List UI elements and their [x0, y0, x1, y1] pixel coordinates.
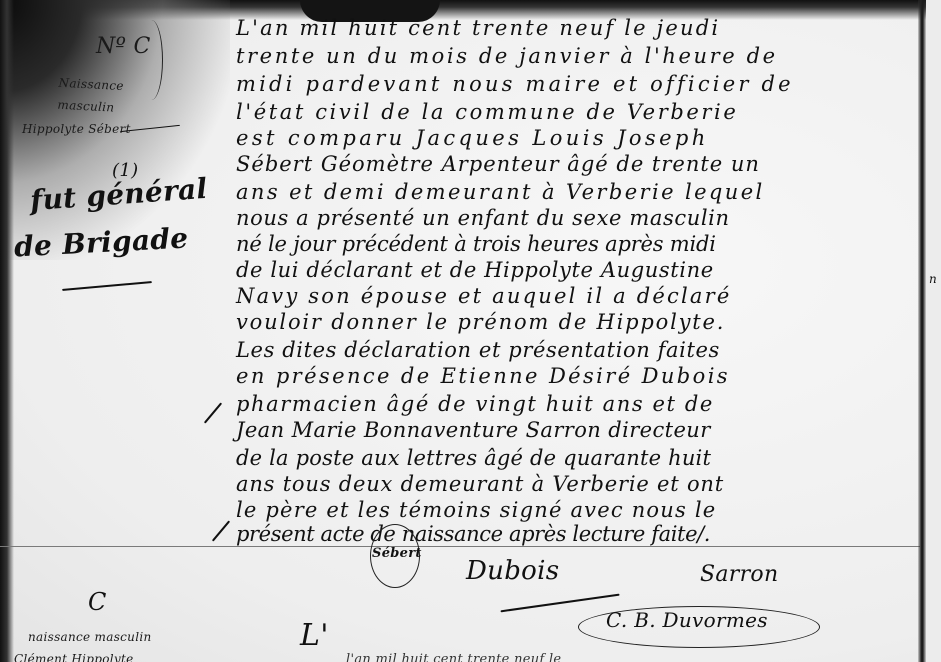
body-line-13: Les dites déclaration et présentation fa… — [236, 338, 720, 362]
body-line-9: né le jour précédent à trois heures aprè… — [236, 232, 716, 256]
next-entry-name: Clément Hippolyte — [14, 652, 134, 662]
body-line-1: L'an mil huit cent trente neuf le jeudi — [236, 16, 720, 40]
signature-mayor: C. B. Duvormes — [606, 608, 768, 632]
body-line-6: Sébert Géomètre Arpenteur âgé de trente … — [236, 152, 760, 176]
line-stroke — [212, 520, 230, 541]
entry-divider — [0, 546, 920, 547]
body-line-15: pharmacien âgé de vingt huit ans et de — [236, 392, 714, 416]
page-binding-edge — [918, 0, 926, 662]
body-line-20: présent acte de naissance après lecture … — [236, 522, 710, 546]
scan-shadow-left — [0, 0, 14, 662]
signature-flourish-stroke — [500, 594, 619, 612]
signature-witness-2: Sarron — [700, 562, 778, 587]
margin-entry-name: Hippolyte Sébert — [22, 122, 131, 136]
body-line-5: est comparu Jacques Louis Joseph — [236, 126, 709, 150]
body-line-7: ans et demi demeurant à Verberie lequel — [236, 180, 765, 204]
facing-page-fragment: n — [929, 272, 937, 286]
signature-witness-1: Dubois — [466, 556, 559, 586]
body-line-18: ans tous deux demeurant à Verberie et on… — [236, 472, 724, 496]
body-line-10: de lui déclarant et de Hippolyte Augusti… — [236, 258, 714, 282]
line-stroke — [204, 402, 222, 423]
margin-entry-label: Naissance masculin — [57, 72, 149, 121]
next-entry-first-line: l'an mil huit cent trente neuf le — [346, 652, 561, 662]
margin-underline — [62, 281, 152, 291]
body-line-17: de la poste aux lettres âgé de quarante … — [236, 446, 711, 470]
body-line-3: midi pardevant nous maire et officier de — [236, 72, 794, 96]
body-line-16: Jean Marie Bonnaventure Sarron directeur — [236, 418, 711, 442]
next-entry-label: naissance masculin — [28, 630, 152, 644]
body-line-2: trente un du mois de janvier à l'heure d… — [236, 44, 778, 68]
body-line-12: vouloir donner le prénom de Hippolyte. — [236, 310, 725, 334]
signature-father: Sébert — [372, 546, 422, 561]
body-line-11: Navy son épouse et auquel il a déclaré — [236, 284, 731, 308]
body-line-4: l'état civil de la commune de Verberie — [236, 100, 738, 124]
body-line-19: le père et les témoins signé avec nous l… — [236, 498, 716, 522]
facing-page-strip — [926, 0, 941, 662]
register-page: Nº C Naissance masculin Hippolyte Sébert… — [0, 0, 941, 662]
body-line-8: nous a présenté un enfant du sexe mascul… — [236, 206, 730, 230]
body-line-14: en présence de Etienne Désiré Dubois — [236, 364, 730, 388]
next-entry-capital: L' — [300, 618, 329, 653]
next-entry-number: C — [88, 588, 107, 616]
